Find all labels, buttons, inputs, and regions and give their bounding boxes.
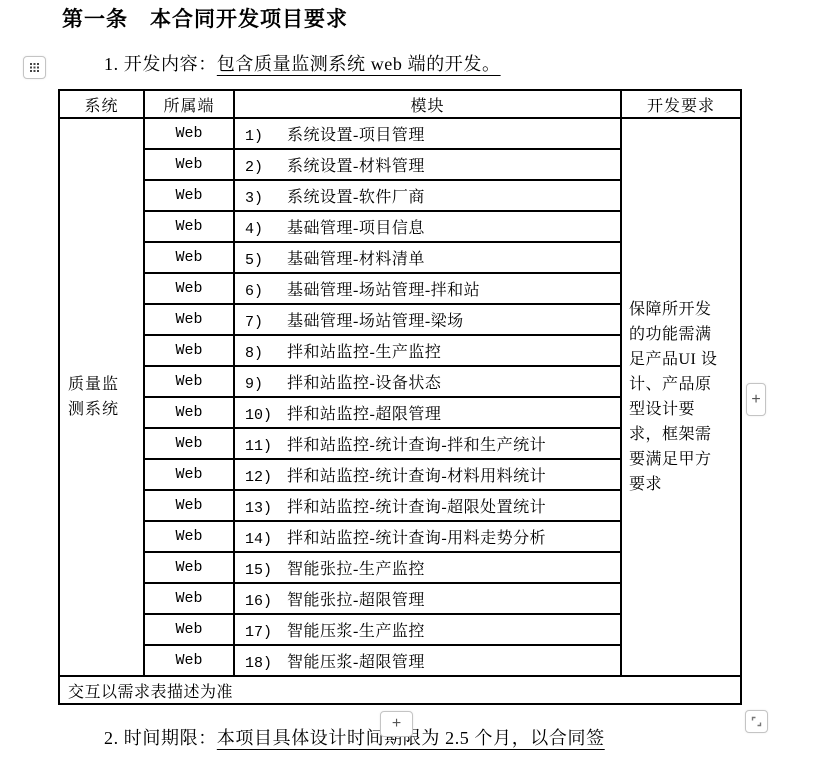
paragraph-dev-content[interactable]: 1. 开发内容：包含质量监测系统 web 端的开发。 (104, 50, 501, 76)
end-cell[interactable]: Web (144, 521, 234, 552)
module-name: 系统设置-项目管理 (287, 127, 425, 144)
header-requirement[interactable]: 开发要求 (621, 90, 741, 118)
module-number: 3) (245, 190, 287, 207)
module-cell[interactable]: 6)基础管理-场站管理-拌和站 (234, 273, 621, 304)
header-system[interactable]: 系统 (59, 90, 144, 118)
requirement-cell[interactable]: 保障所开发 的功能需满 足产品UI 设 计、产品原 型设计要 求，框架需 要满足… (621, 118, 741, 676)
end-cell[interactable]: Web (144, 490, 234, 521)
document-page: 第一条 本合同开发项目要求 1. 开发内容：包含质量监测系统 web 端的开发。… (0, 0, 820, 776)
module-cell[interactable]: 14)拌和站监控-统计查询-用料走势分析 (234, 521, 621, 552)
module-number: 5) (245, 252, 287, 269)
module-name: 基础管理-项目信息 (287, 220, 425, 237)
paragraph-time-limit[interactable]: 2. 时间期限：本项目具体设计时间期限为 2.5 个月，以合同签 (104, 724, 605, 750)
module-name: 拌和站监控-设备状态 (287, 375, 441, 392)
end-cell[interactable]: Web (144, 583, 234, 614)
end-cell[interactable]: Web (144, 366, 234, 397)
end-cell[interactable]: Web (144, 459, 234, 490)
end-cell[interactable]: Web (144, 242, 234, 273)
module-name: 拌和站监控-超限管理 (287, 406, 441, 423)
footer-note-cell[interactable]: 交互以需求表描述为准 (59, 676, 741, 704)
module-name: 系统设置-材料管理 (287, 158, 425, 175)
module-number: 2) (245, 159, 287, 176)
module-name: 拌和站监控-统计查询-材料用料统计 (287, 468, 546, 485)
module-number: 8) (245, 345, 287, 362)
module-name: 系统设置-软件厂商 (287, 189, 425, 206)
module-name: 拌和站监控-统计查询-拌和生产统计 (287, 437, 546, 454)
module-number: 13) (245, 500, 287, 517)
end-cell[interactable]: Web (144, 211, 234, 242)
end-cell[interactable]: Web (144, 273, 234, 304)
end-cell[interactable]: Web (144, 118, 234, 149)
module-number: 12) (245, 469, 287, 486)
module-number: 18) (245, 655, 287, 672)
table-resize-corner-button[interactable] (745, 710, 768, 733)
module-name: 拌和站监控-生产监控 (287, 344, 441, 361)
module-name: 拌和站监控-统计查询-用料走势分析 (287, 530, 546, 547)
plus-icon: + (751, 392, 760, 408)
module-cell[interactable]: 13)拌和站监控-统计查询-超限处置统计 (234, 490, 621, 521)
table-header: 系统 所属端 模块 开发要求 (59, 90, 741, 118)
header-end[interactable]: 所属端 (144, 90, 234, 118)
paragraph-1-prefix: 1. 开发内容： (104, 54, 217, 74)
end-cell[interactable]: Web (144, 428, 234, 459)
requirements-table: 系统 所属端 模块 开发要求 质量监 测系统Web1)系统设置-项目管理保障所开… (58, 89, 742, 705)
module-number: 7) (245, 314, 287, 331)
table-row: 质量监 测系统Web1)系统设置-项目管理保障所开发 的功能需满 足产品UI 设… (59, 118, 741, 149)
end-cell[interactable]: Web (144, 335, 234, 366)
plus-icon: + (392, 716, 401, 732)
end-cell[interactable]: Web (144, 304, 234, 335)
header-row: 系统 所属端 模块 开发要求 (59, 90, 741, 118)
module-name: 智能张拉-生产监控 (287, 561, 425, 578)
end-cell[interactable]: Web (144, 645, 234, 676)
module-number: 14) (245, 531, 287, 548)
module-cell[interactable]: 12)拌和站监控-统计查询-材料用料统计 (234, 459, 621, 490)
grid-dots-icon (29, 62, 40, 73)
module-number: 4) (245, 221, 287, 238)
add-column-button[interactable]: + (746, 383, 766, 416)
end-cell[interactable]: Web (144, 614, 234, 645)
table-move-handle-button[interactable] (23, 56, 46, 79)
module-name: 基础管理-场站管理-梁场 (287, 313, 464, 330)
module-cell[interactable]: 16)智能张拉-超限管理 (234, 583, 621, 614)
module-cell[interactable]: 7)基础管理-场站管理-梁场 (234, 304, 621, 335)
module-cell[interactable]: 18)智能压浆-超限管理 (234, 645, 621, 676)
module-number: 15) (245, 562, 287, 579)
module-number: 17) (245, 624, 287, 641)
end-cell[interactable]: Web (144, 397, 234, 428)
module-cell[interactable]: 10)拌和站监控-超限管理 (234, 397, 621, 428)
module-cell[interactable]: 15)智能张拉-生产监控 (234, 552, 621, 583)
paragraph-2-prefix: 2. 时间期限： (104, 728, 217, 748)
header-module[interactable]: 模块 (234, 90, 621, 118)
module-name: 智能张拉-超限管理 (287, 592, 425, 609)
module-number: 9) (245, 376, 287, 393)
module-number: 16) (245, 593, 287, 610)
module-cell[interactable]: 5)基础管理-材料清单 (234, 242, 621, 273)
end-cell[interactable]: Web (144, 149, 234, 180)
system-cell[interactable]: 质量监 测系统 (59, 118, 144, 676)
clause-heading[interactable]: 第一条 本合同开发项目要求 (62, 3, 348, 33)
module-name: 拌和站监控-统计查询-超限处置统计 (287, 499, 546, 516)
module-number: 11) (245, 438, 287, 455)
expand-corners-icon (750, 715, 763, 728)
module-cell[interactable]: 3)系统设置-软件厂商 (234, 180, 621, 211)
module-cell[interactable]: 4)基础管理-项目信息 (234, 211, 621, 242)
end-cell[interactable]: Web (144, 552, 234, 583)
module-name: 基础管理-场站管理-拌和站 (287, 282, 480, 299)
module-number: 1) (245, 128, 287, 145)
module-cell[interactable]: 11)拌和站监控-统计查询-拌和生产统计 (234, 428, 621, 459)
module-cell[interactable]: 1)系统设置-项目管理 (234, 118, 621, 149)
module-cell[interactable]: 2)系统设置-材料管理 (234, 149, 621, 180)
module-number: 6) (245, 283, 287, 300)
module-name: 智能压浆-生产监控 (287, 623, 425, 640)
module-name: 智能压浆-超限管理 (287, 654, 425, 671)
module-cell[interactable]: 17)智能压浆-生产监控 (234, 614, 621, 645)
module-cell[interactable]: 8)拌和站监控-生产监控 (234, 335, 621, 366)
module-cell[interactable]: 9)拌和站监控-设备状态 (234, 366, 621, 397)
add-row-button[interactable]: + (380, 711, 413, 737)
paragraph-1-underlined-text: 包含质量监测系统 web 端的开发。 (217, 54, 501, 74)
table-body: 质量监 测系统Web1)系统设置-项目管理保障所开发 的功能需满 足产品UI 设… (59, 118, 741, 676)
module-number: 10) (245, 407, 287, 424)
table-footer: 交互以需求表描述为准 (59, 676, 741, 704)
module-name: 基础管理-材料清单 (287, 251, 425, 268)
footer-row: 交互以需求表描述为准 (59, 676, 741, 704)
end-cell[interactable]: Web (144, 180, 234, 211)
